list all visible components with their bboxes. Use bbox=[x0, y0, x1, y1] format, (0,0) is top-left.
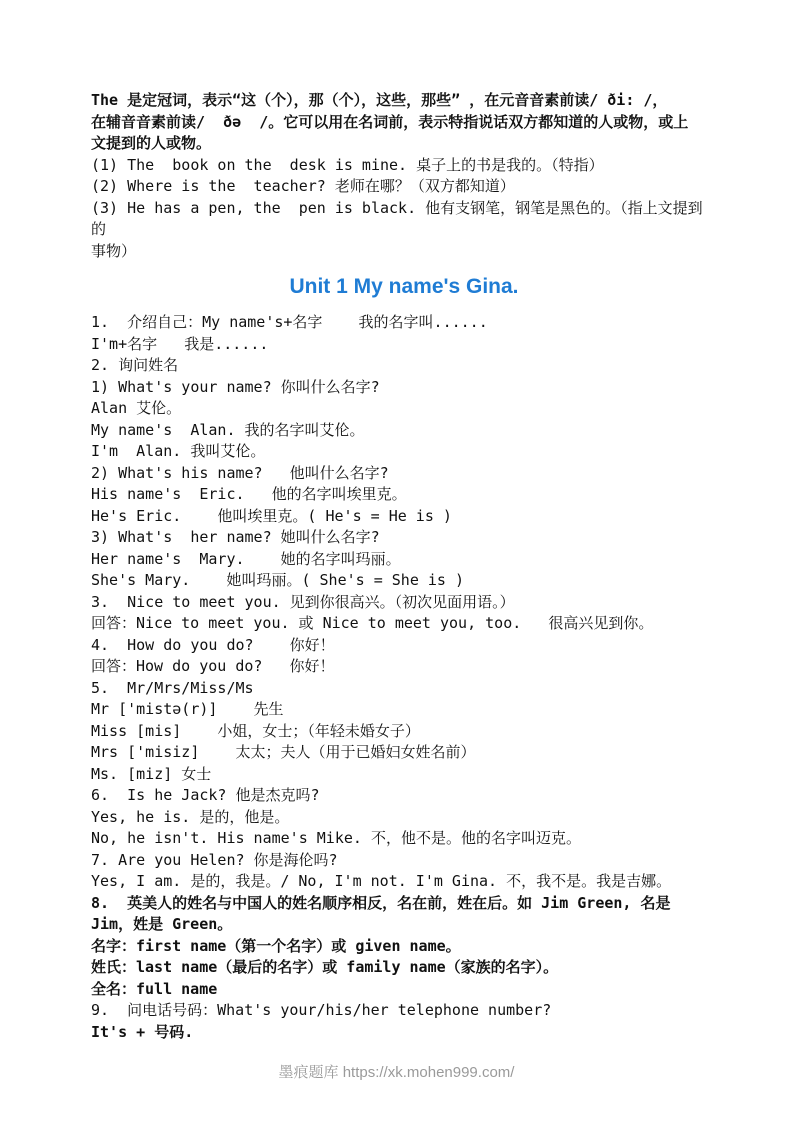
text-line: Mr ['mistə(r)] 先生 bbox=[91, 699, 717, 721]
text-line: 3) What's her name? 她叫什么名字? bbox=[91, 527, 717, 549]
text-line: I'm+名字 我是...... bbox=[91, 334, 717, 356]
text-line: Yes, he is. 是的，他是。 bbox=[91, 807, 717, 829]
text-line: It's + 号码. bbox=[91, 1022, 717, 1044]
text-line: My name's Alan. 我的名字叫艾伦。 bbox=[91, 420, 717, 442]
text-line: His name's Eric. 他的名字叫埃里克。 bbox=[91, 484, 717, 506]
text-line: Her name's Mary. 她的名字叫玛丽。 bbox=[91, 549, 717, 571]
text-line: 7. Are you Helen? 你是海伦吗? bbox=[91, 850, 717, 872]
text-line: Miss [mis] 小姐，女士；（年轻未婚女子） bbox=[91, 721, 717, 743]
text-line: (1) The book on the desk is mine. 桌子上的书是… bbox=[91, 155, 717, 177]
text-line: 2) What's his name? 他叫什么名字? bbox=[91, 463, 717, 485]
text-line: Jim，姓是 Green。 bbox=[91, 914, 717, 936]
text-line: 全名：full name bbox=[91, 979, 717, 1001]
text-line: 1) What's your name? 你叫什么名字? bbox=[91, 377, 717, 399]
text-line: 姓氏：last name（最后的名字）或 family name（家族的名字）。 bbox=[91, 957, 717, 979]
text-line: No, he isn't. His name's Mike. 不，他不是。他的名… bbox=[91, 828, 717, 850]
text-line: She's Mary. 她叫玛丽。( She's = She is ) bbox=[91, 570, 717, 592]
text-line: 在辅音音素前读/ ðə /。它可以用在名词前，表示特指说话双方都知道的人或物，或… bbox=[91, 112, 717, 134]
text-line: (2) Where is the teacher? 老师在哪？（双方都知道） bbox=[91, 176, 717, 198]
text-line: Yes, I am. 是的，我是。/ No, I'm not. I'm Gina… bbox=[91, 871, 717, 893]
text-line: 2. 询问姓名 bbox=[91, 355, 717, 377]
text-line: 回答：How do you do? 你好！ bbox=[91, 656, 717, 678]
text-line: The 是定冠词，表示“这（个），那（个），这些，那些” ，在元音音素前读/ ð… bbox=[91, 90, 717, 112]
footer-watermark-text: 墨痕题库 https://xk.mohen999.com/ bbox=[279, 1064, 515, 1081]
text-line: 名字：first name（第一个名字）或 given name。 bbox=[91, 936, 717, 958]
page-footer: 墨痕题库 https://xk.mohen999.com/ bbox=[0, 1061, 793, 1082]
document-page: The 是定冠词，表示“这（个），那（个），这些，那些” ，在元音音素前读/ ð… bbox=[0, 0, 793, 1122]
text-line: 6. Is he Jack? 他是杰克吗? bbox=[91, 785, 717, 807]
document-content: The 是定冠词，表示“这（个），那（个），这些，那些” ，在元音音素前读/ ð… bbox=[91, 90, 717, 1043]
text-line: 3. Nice to meet you. 见到你很高兴。（初次见面用语。） bbox=[91, 592, 717, 614]
text-line: 回答：Nice to meet you. 或 Nice to meet you,… bbox=[91, 613, 717, 635]
text-line: 4. How do you do? 你好！ bbox=[91, 635, 717, 657]
text-line: Ms. [miz] 女士 bbox=[91, 764, 717, 786]
text-line: (3) He has a pen, the pen is black. 他有支钢… bbox=[91, 198, 717, 241]
text-line: I'm Alan. 我叫艾伦。 bbox=[91, 441, 717, 463]
unit-heading: Unit 1 My name's Gina. bbox=[91, 274, 717, 300]
text-line: Alan 艾伦。 bbox=[91, 398, 717, 420]
text-line: 9. 问电话号码：What's your/his/her telephone n… bbox=[91, 1000, 717, 1022]
text-line: 事物） bbox=[91, 241, 717, 263]
text-line: He's Eric. 他叫埃里克。( He's = He is ) bbox=[91, 506, 717, 528]
text-line: 1. 介绍自己：My name's+名字 我的名字叫...... bbox=[91, 312, 717, 334]
text-line: Mrs ['misiz] 太太；夫人（用于已婚妇女姓名前） bbox=[91, 742, 717, 764]
text-line: 文提到的人或物。 bbox=[91, 133, 717, 155]
text-line: 5. Mr/Mrs/Miss/Ms bbox=[91, 678, 717, 700]
text-line: 8. 英美人的姓名与中国人的姓名顺序相反，名在前，姓在后。如 Jim Green… bbox=[91, 893, 717, 915]
